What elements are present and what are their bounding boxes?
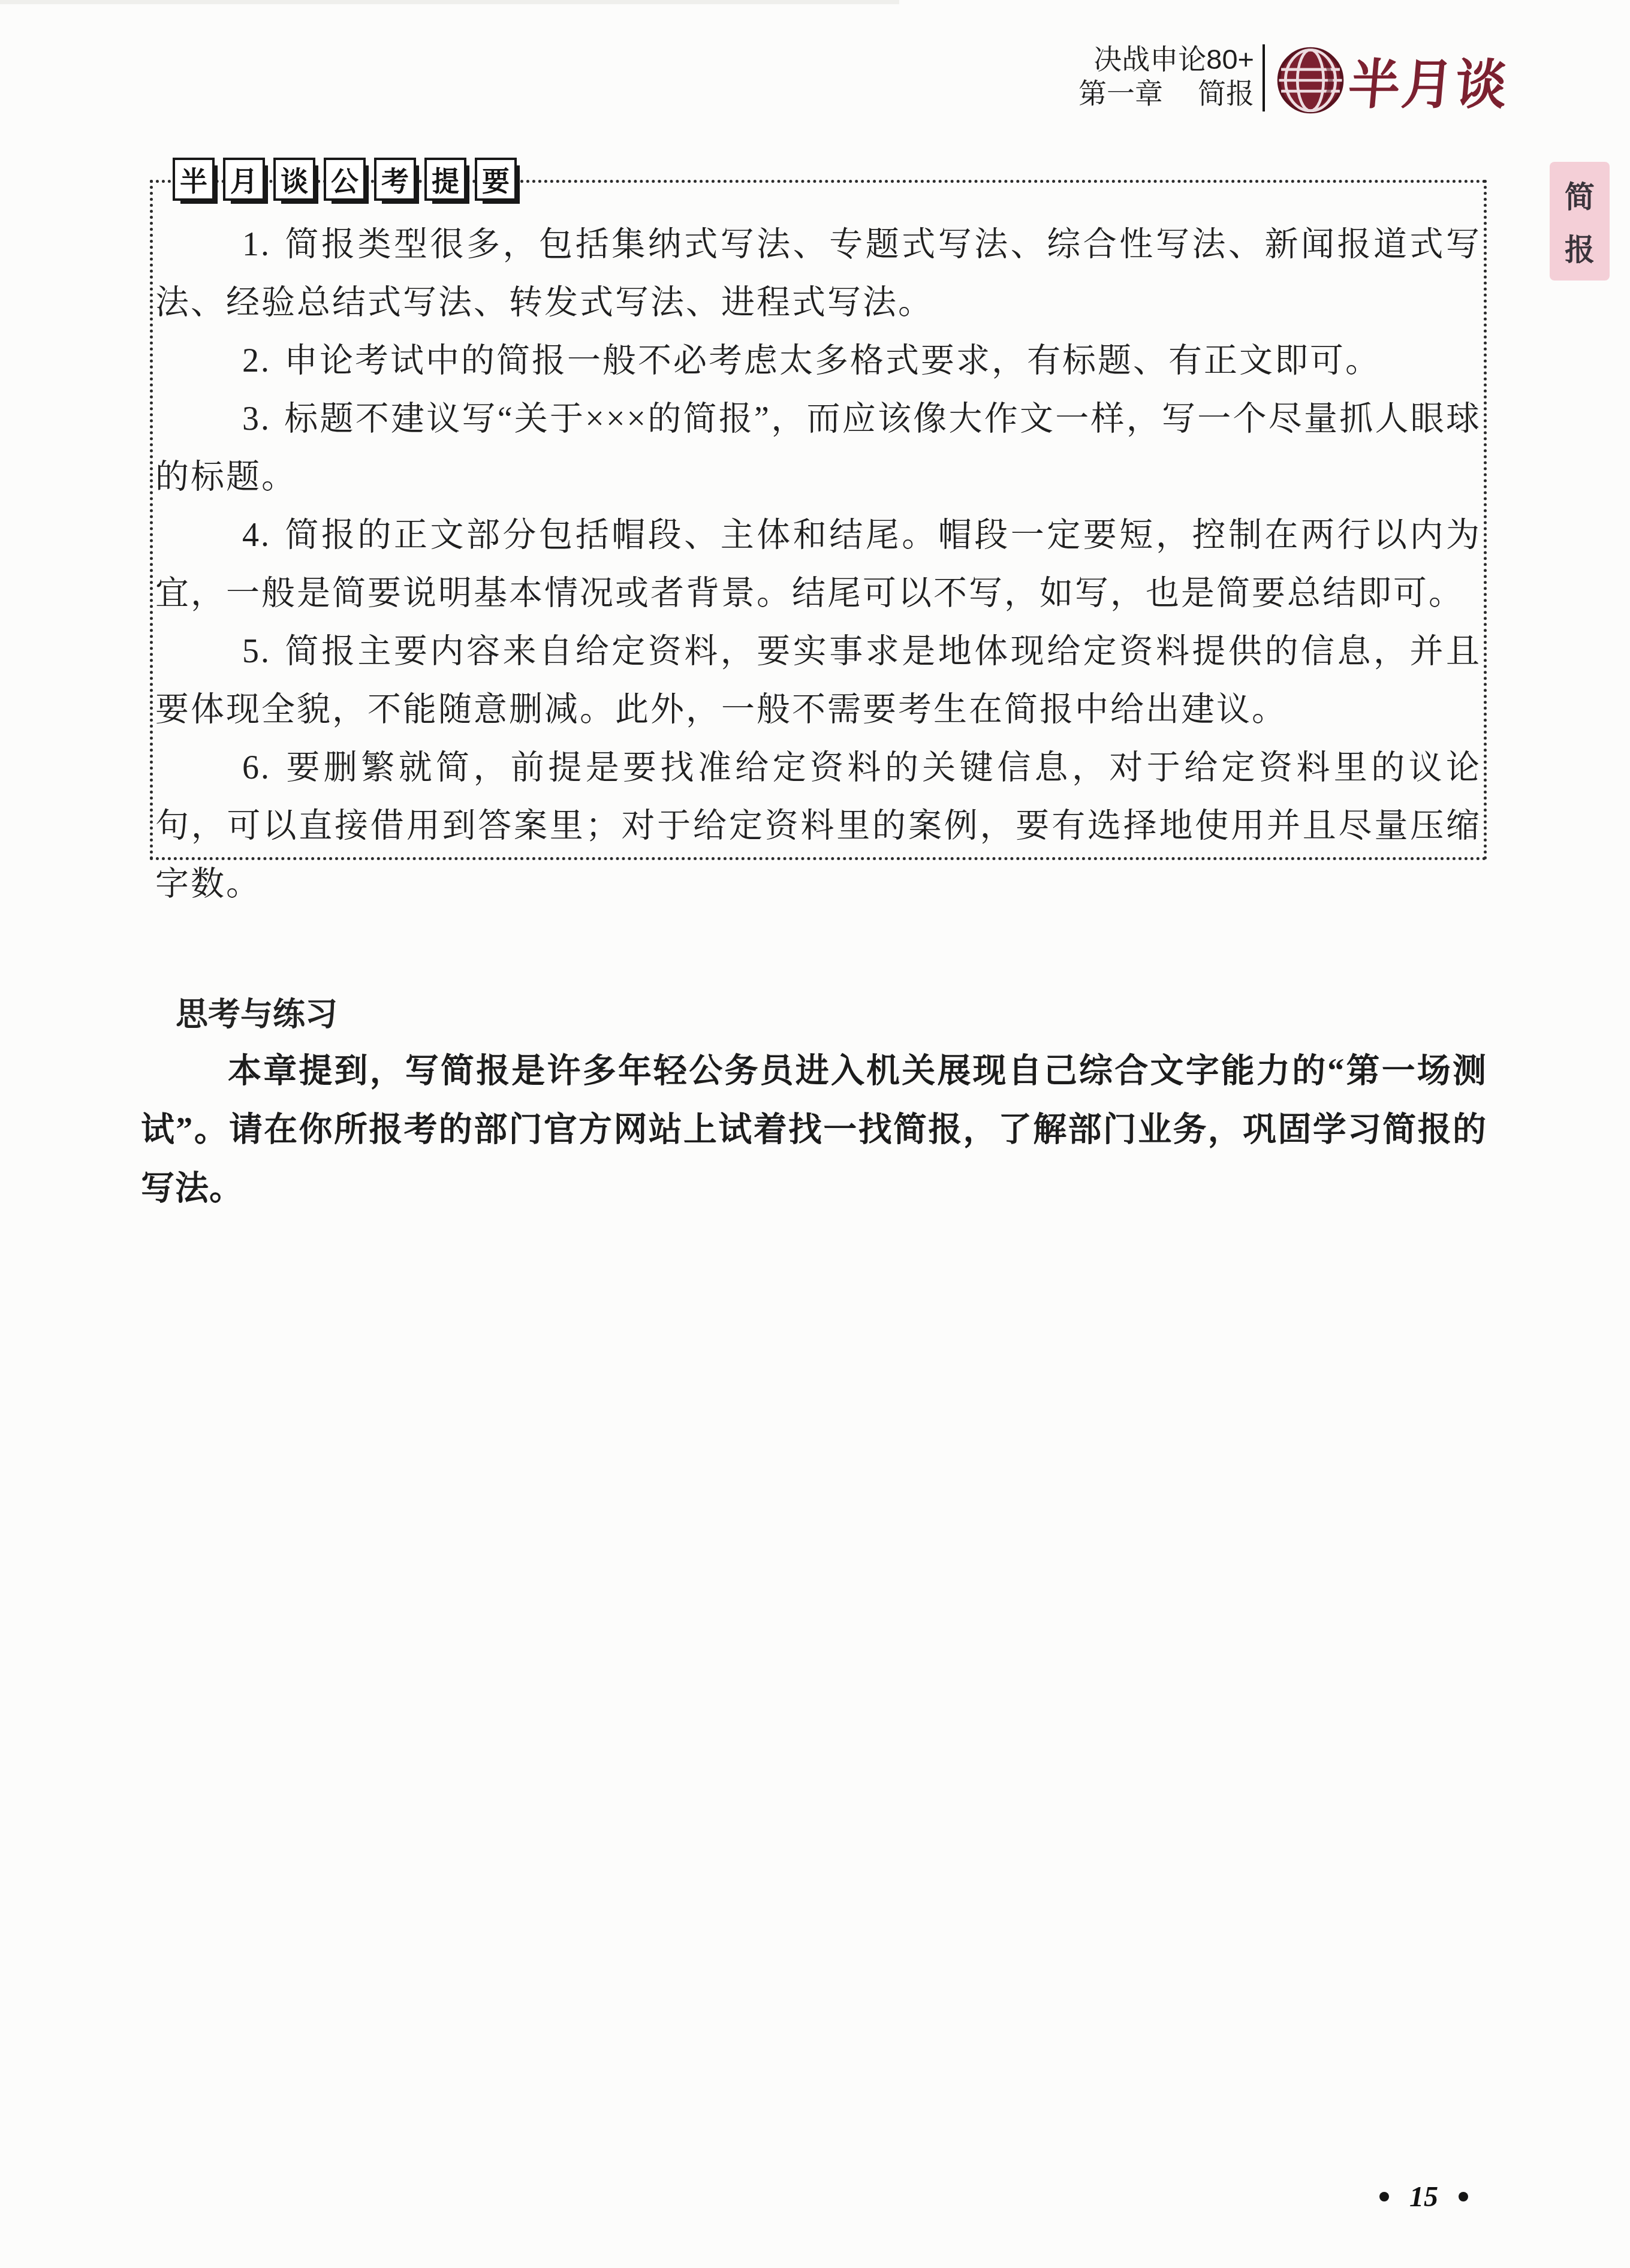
summary-item-number: 4. (242, 517, 271, 554)
page-number-dot (1379, 2192, 1389, 2201)
page-number-dot (1459, 2192, 1468, 2201)
exercise-paragraph: 本章提到，写简报是许多年轻公务员进入机关展现自己综合文字能力的“第一场测试”。请… (141, 1042, 1487, 1218)
side-tab-char-2: 报 (1565, 226, 1595, 269)
title-char-box: 考 (374, 158, 416, 201)
summary-item: 5.简报主要内容来自给定资料，要实事求是地体现给定资料提供的信息，并且要体现全貌… (155, 623, 1481, 739)
title-char-box: 要 (475, 158, 517, 201)
title-char-box: 公 (324, 158, 366, 201)
header-divider (1263, 44, 1265, 111)
summary-item-number: 1. (242, 226, 271, 263)
summary-item-text: 标题不建议写“关于×××的简报”，而应该像大作文一样，写一个尽量抓人眼球的标题。 (155, 400, 1481, 496)
title-char-box: 半 (173, 158, 215, 201)
summary-item: 3.标题不建议写“关于×××的简报”，而应该像大作文一样，写一个尽量抓人眼球的标… (155, 390, 1481, 506)
running-header: 决战申论80+ 第一章简报 (1002, 42, 1254, 110)
side-tab-char-1: 简 (1565, 173, 1595, 216)
header-chapter: 第一章 (1078, 77, 1163, 109)
summary-item: 1.简报类型很多，包括集纳式写法、专题式写法、综合性写法、新闻报道式写法、经验总… (155, 216, 1481, 332)
scan-edge-artifact (0, 0, 899, 4)
side-tab: 简 报 (1550, 162, 1610, 281)
scanned-book-page: { "header": { "book_title": "决战申论80+", "… (0, 0, 1630, 2268)
globe-icon (1276, 46, 1345, 115)
summary-box-title: 半 月 谈 公 考 提 要 (173, 158, 525, 201)
exercise-heading: 思考与练习 (176, 989, 338, 1035)
summary-item-text: 要删繁就简，前提是要找准给定资料的关键信息，对于给定资料里的议论句，可以直接借用… (155, 749, 1481, 903)
header-book-title: 决战申论80+ (1002, 42, 1254, 76)
summary-item: 4.简报的正文部分包括帽段、主体和结尾。帽段一定要短，控制在两行以内为宜，一般是… (155, 506, 1481, 623)
brand-wordmark: 半月谈 (1345, 42, 1512, 119)
page-number-value: 15 (1409, 2180, 1438, 2213)
summary-item-number: 2. (242, 342, 271, 379)
summary-item-text: 申论考试中的简报一般不必考虑太多格式要求，有标题、有正文即可。 (284, 342, 1381, 379)
header-chapter-line: 第一章简报 (1002, 76, 1254, 110)
summary-item-number: 5. (242, 633, 271, 670)
summary-box: 半 月 谈 公 考 提 要 1.简报类型很多，包括集纳式写法、专题式写法、综合性… (150, 180, 1487, 860)
title-char-box: 谈 (273, 158, 315, 201)
title-char-box: 月 (223, 158, 265, 201)
summary-item: 6.要删繁就简，前提是要找准给定资料的关键信息，对于给定资料里的议论句，可以直接… (155, 739, 1481, 913)
header-section: 简报 (1198, 77, 1254, 109)
summary-item-text: 简报主要内容来自给定资料，要实事求是地体现给定资料提供的信息，并且要体现全貌，不… (155, 633, 1481, 728)
summary-item-number: 3. (242, 400, 271, 438)
summary-item-number: 6. (242, 749, 271, 786)
summary-item-text: 简报的正文部分包括帽段、主体和结尾。帽段一定要短，控制在两行以内为宜，一般是简要… (155, 517, 1481, 612)
title-char-box: 提 (424, 158, 466, 201)
brand-logo: 半月谈 (1276, 43, 1509, 117)
page-number: 15 (1361, 2176, 1487, 2218)
summary-item-text: 简报类型很多，包括集纳式写法、专题式写法、综合性写法、新闻报道式写法、经验总结式… (155, 226, 1481, 321)
summary-item: 2.申论考试中的简报一般不必考虑太多格式要求，有标题、有正文即可。 (155, 332, 1481, 390)
